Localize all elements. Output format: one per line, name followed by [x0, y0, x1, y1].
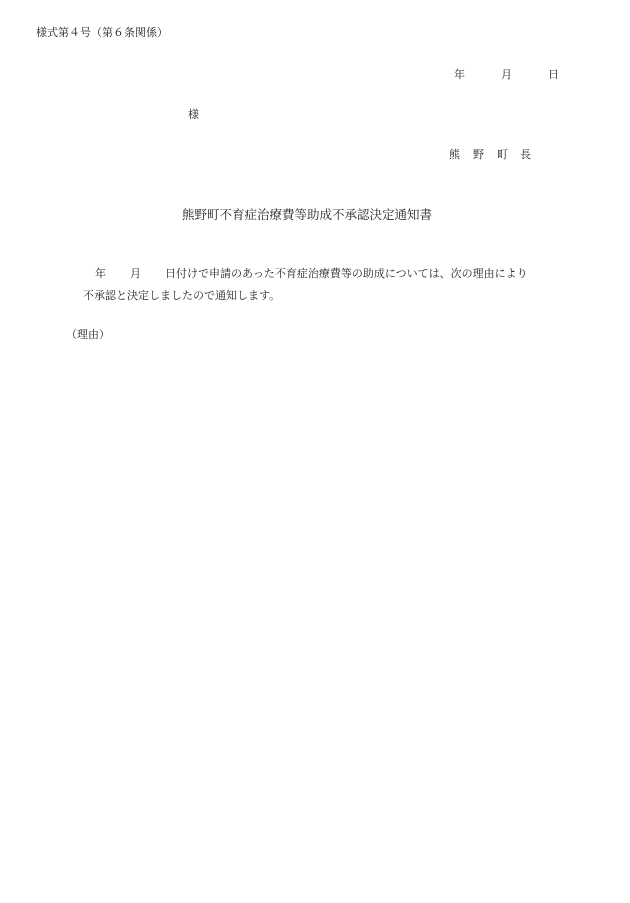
body-year-label: 年	[95, 267, 106, 281]
body-month-label: 月	[130, 267, 141, 281]
document-title: 熊野町不育症治療費等助成不承認決定通知書	[182, 207, 432, 223]
issuer-char: 町	[497, 148, 508, 162]
issuer-char: 長	[520, 148, 531, 162]
date-month-label: 月	[501, 68, 512, 82]
reason-label: （理由）	[66, 328, 110, 342]
issuer-char: 野	[473, 148, 484, 162]
body-line-2: 不承認と決定しましたので通知します。	[83, 289, 280, 303]
addressee-suffix: 様	[188, 108, 199, 122]
issuer-char: 熊	[449, 148, 460, 162]
date-day-label: 日	[548, 68, 559, 82]
body-line-1: 日付けで申請のあった不育症治療費等の助成については、次の理由により	[165, 267, 528, 281]
date-year-label: 年	[454, 68, 465, 82]
form-number: 様式第４号（第６条関係）	[36, 26, 168, 40]
